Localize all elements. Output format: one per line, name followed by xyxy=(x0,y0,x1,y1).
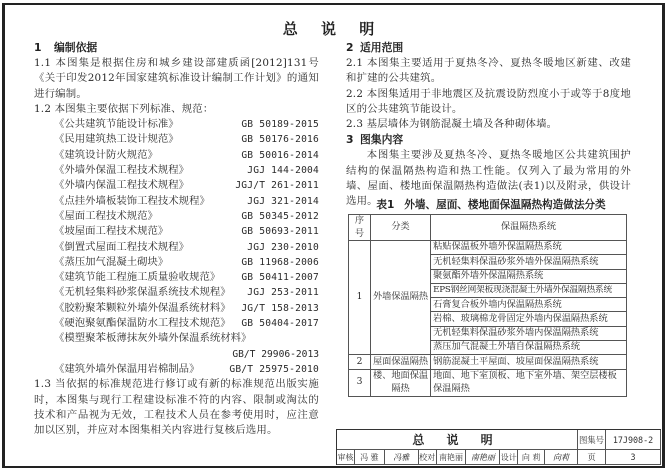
standard-code: GB 50176-2016 xyxy=(241,132,319,147)
standard-code: GB 50345-2012 xyxy=(241,209,319,224)
standard-name: 《蒸压加气混凝土砌块》 xyxy=(54,255,168,270)
design-label: 设计 xyxy=(500,450,518,464)
row-category: 屋面保温隔热 xyxy=(371,355,431,369)
standard-name: 《建筑外墙外保温用岩棉制品》 xyxy=(54,362,199,377)
atlas-number-label: 图集号 xyxy=(578,430,606,450)
row-system: 蒸压加气混凝土外墙自保温隔热系统 xyxy=(431,341,627,355)
standard-item: 《公共建筑节能设计标准》GB 50189-2015 xyxy=(34,117,319,132)
standard-code: JGJ 230-2010 xyxy=(247,240,319,255)
table-row: 2 屋面保温隔热 钢筋混凝土平屋面、坡屋面保温隔热系统 xyxy=(349,355,627,369)
table-title: 外墙、屋面、楼地面保温隔热构造做法分类 xyxy=(404,199,605,211)
standard-item: 《建筑设计防火规范》GB 50016-2014 xyxy=(34,148,319,163)
section-title: 图集内容 xyxy=(360,133,403,146)
page-number: 3 xyxy=(606,450,661,465)
check-label: 校对 xyxy=(419,450,437,464)
header-category: 分类 xyxy=(371,215,431,241)
standard-code: JGJ 144-2004 xyxy=(247,163,319,178)
header-no: 序号 xyxy=(349,215,371,241)
paragraph-2-2: 2.2 本图集适用于非地震区及抗震设防烈度小于或等于8度地区的公共建筑节能设计。 xyxy=(346,87,631,118)
standard-code: JGJ 253-2011 xyxy=(247,285,319,300)
standard-name: 《点挂外墙板装饰工程技术规程》 xyxy=(54,194,210,209)
section-3-heading: 3图集内容 xyxy=(346,132,631,148)
section-1-heading: 1编制依据 xyxy=(34,40,319,56)
standard-name: 《无机轻集料砂浆保温系统技术规程》 xyxy=(54,285,231,300)
standard-item: 《建筑节能工程施工质量验收规范》GB 50411-2007 xyxy=(34,270,319,285)
paragraph-2-1: 2.1 本图集主要适用于夏热冬冷、夏热冬暖地区新建、改建和扩建的公共建筑。 xyxy=(346,56,631,87)
table-row: 1 外墙保温隔热 粘贴保温板外墙外保温隔热系统 xyxy=(349,241,627,255)
right-column: 2适用范围 2.1 本图集主要适用于夏热冬冷、夏热冬暖地区新建、改建和扩建的公共… xyxy=(346,40,631,210)
standard-name: 《胶粉聚苯颗粒外墙外保温系统材料》 xyxy=(54,301,231,316)
row-system: 粘贴保温板外墙外保温隔热系统 xyxy=(431,241,627,255)
classification-table: 序号 分类 保温隔热系统 1 外墙保温隔热 粘贴保温板外墙外保温隔热系统 无机轻… xyxy=(348,214,627,397)
standard-code: GB 50189-2015 xyxy=(241,117,319,132)
standards-list: 《公共建筑节能设计标准》GB 50189-2015 《民用建筑热工设计规范》GB… xyxy=(34,117,319,377)
standard-item: 《胶粉聚苯颗粒外墙外保温系统材料》JG/T 158-2013 xyxy=(34,301,319,316)
standard-code: JGJ/T 261-2011 xyxy=(235,178,319,193)
table-number: 表1 xyxy=(376,199,394,211)
section-number: 2 xyxy=(346,40,360,56)
section-2-heading: 2适用范围 xyxy=(346,40,631,56)
header-system: 保温隔热系统 xyxy=(431,215,627,241)
signature-row: 审核 冯 雅 冯雅 校对 南艳丽 南艳丽 设计 向 莉 向莉 xyxy=(337,450,578,465)
paragraph-1-3: 1.3 当依据的标准规范进行修订或有新的标准规范出版实施时，本图集与现行工程建设… xyxy=(34,377,319,438)
standard-item: 《倒置式屋面工程技术规程》JGJ 230-2010 xyxy=(34,240,319,255)
standard-item: 《点挂外墙板装饰工程技术规程》JGJ 321-2014 xyxy=(34,194,319,209)
check-signature: 南艳丽 xyxy=(466,450,500,464)
standard-code: GB/T 25975-2010 xyxy=(229,362,319,377)
standard-item: 《屋面工程技术规范》GB 50345-2012 xyxy=(34,209,319,224)
standard-code: JG/T 158-2013 xyxy=(241,301,319,316)
review-label: 审核 xyxy=(337,450,355,464)
left-column: 1编制依据 1.1 本图集是根据住房和城乡建设部建质函[2012]131号《关于… xyxy=(34,40,319,438)
row-system: 无机轻集料保温砂浆外墙外保温隔热系统 xyxy=(431,255,627,269)
row-no: 2 xyxy=(349,355,371,369)
design-name: 向 莉 xyxy=(518,450,545,464)
paragraph-2-3: 2.3 基层墙体为钢筋混凝土墙及各种砌体墙。 xyxy=(346,117,631,132)
standard-name: 《模塑聚苯板薄抹灰外墙外保温系统材料》 xyxy=(54,331,251,346)
standard-name: 《坡屋面工程技术规范》 xyxy=(54,224,168,239)
row-category: 楼、地面保温隔热 xyxy=(371,369,431,396)
standard-item: 《无机轻集料砂浆保温系统技术规程》JGJ 253-2011 xyxy=(34,285,319,300)
row-no: 1 xyxy=(349,241,371,355)
paragraph-1-1: 1.1 本图集是根据住房和城乡建设部建质函[2012]131号《关于印发2012… xyxy=(34,56,319,102)
standard-code: GB/T 29906-2013 xyxy=(34,347,319,362)
standard-item: 《蒸压加气混凝土砌块》GB 11968-2006 xyxy=(34,255,319,270)
section-number: 1 xyxy=(34,40,54,56)
row-system: 无机轻集料保温砂浆外墙内保温隔热系统 xyxy=(431,326,627,340)
row-system: 岩棉、玻璃棉龙骨固定外墙内保温隔热系统 xyxy=(431,312,627,326)
title-block-title: 总 说 明 xyxy=(337,430,578,450)
review-signature: 冯雅 xyxy=(385,450,419,464)
standard-name: 《外墙外保温工程技术规程》 xyxy=(54,163,189,178)
standard-item: 《外墙内保温工程技术规程》JGJ/T 261-2011 xyxy=(34,178,319,193)
standard-name: 《外墙内保温工程技术规程》 xyxy=(54,178,189,193)
section-number: 3 xyxy=(346,132,360,148)
standard-code: JGJ 321-2014 xyxy=(247,194,319,209)
standard-name: 《公共建筑节能设计标准》 xyxy=(54,117,179,132)
row-system: 钢筋混凝土平屋面、坡屋面保温隔热系统 xyxy=(431,355,627,369)
row-system: 地面、地下室顶板、地下室外墙、架空层楼板保温隔热 xyxy=(431,369,627,396)
standard-name: 《倒置式屋面工程技术规程》 xyxy=(54,240,189,255)
page-label: 页 xyxy=(578,450,606,465)
standard-item: 《硬泡聚氨酯保温防水工程技术规范》GB 50404-2017 xyxy=(34,316,319,331)
standard-name: 《民用建筑热工设计规范》 xyxy=(54,132,179,147)
table-caption: 表1外墙、屋面、楼地面保温隔热构造做法分类 xyxy=(346,197,636,212)
standard-item: 《建筑外墙外保温用岩棉制品》GB/T 25975-2010 xyxy=(34,362,319,377)
standard-name: 《屋面工程技术规范》 xyxy=(54,209,158,224)
section-title: 编制依据 xyxy=(54,41,97,54)
standard-code: GB 11968-2006 xyxy=(241,255,319,270)
table-row: 3 楼、地面保温隔热 地面、地下室顶板、地下室外墙、架空层楼板保温隔热 xyxy=(349,369,627,396)
row-category: 外墙保温隔热 xyxy=(371,241,431,355)
row-system: EPS钢丝网架板现浇混凝土外墙外保温隔热系统 xyxy=(431,283,627,297)
standard-item-wrapped: 《模塑聚苯板薄抹灰外墙外保温系统材料》 xyxy=(34,331,319,346)
row-system: 聚氨酯外墙外保温隔热系统 xyxy=(431,269,627,283)
standard-name: 《建筑设计防火规范》 xyxy=(54,148,158,163)
title-block: 总 说 明 图集号 17J908-2 审核 冯 雅 冯雅 校对 南艳丽 南艳丽 … xyxy=(336,429,661,465)
standard-name: 《硬泡聚氨酯保温防水工程技术规范》 xyxy=(54,316,231,331)
standard-item: 《外墙外保温工程技术规程》JGJ 144-2004 xyxy=(34,163,319,178)
section-title: 适用范围 xyxy=(360,41,403,54)
standard-name: 《建筑节能工程施工质量验收规范》 xyxy=(54,270,220,285)
standard-item: 《坡屋面工程技术规范》GB 50693-2011 xyxy=(34,224,319,239)
standard-code: GB 50693-2011 xyxy=(241,224,319,239)
check-name: 南艳丽 xyxy=(437,450,467,464)
design-signature: 向莉 xyxy=(545,450,577,464)
review-name: 冯 雅 xyxy=(355,450,385,464)
table-header-row: 序号 分类 保温隔热系统 xyxy=(349,215,627,241)
row-system: 石膏复合板外墙内保温隔热系统 xyxy=(431,298,627,312)
standard-code: GB 50016-2014 xyxy=(241,148,319,163)
standard-item: 《民用建筑热工设计规范》GB 50176-2016 xyxy=(34,132,319,147)
standard-code: GB 50411-2007 xyxy=(241,270,319,285)
paragraph-1-2: 1.2 本图集主要依据下列标准、规范： xyxy=(34,102,319,117)
page-title: 总 说 明 xyxy=(0,18,666,39)
atlas-number: 17J908-2 xyxy=(606,430,661,450)
row-no: 3 xyxy=(349,369,371,396)
standard-code: GB 50404-2017 xyxy=(241,316,319,331)
